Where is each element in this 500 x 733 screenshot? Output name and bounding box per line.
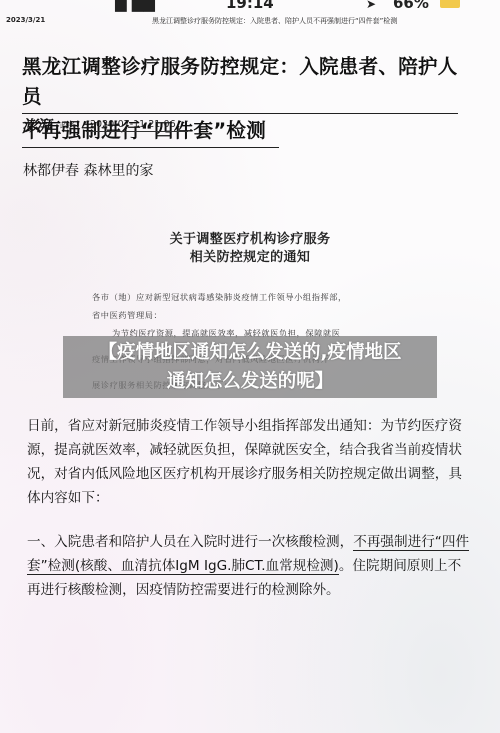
paragraph-2-prefix: 一、入院患者和陪护人员在入院时进行一次核酸检测，: [27, 534, 353, 550]
caption-overlay-text: 【疫情地区通知怎么发送的,疫情地区 通知怎么发送的呢】: [63, 338, 437, 396]
battery-charging-icon: [440, 0, 460, 8]
status-time: 19:14: [226, 0, 274, 12]
print-page-title: 黑龙江调整诊疗服务防控规定：入院患者、陪护人员不再强制进行“四件套”检测: [152, 16, 397, 26]
print-header: 2023/3/21 黑龙江调整诊疗服务防控规定：入院患者、陪护人员不再强制进行“…: [0, 14, 500, 28]
source-logo: 澎湃: [22, 115, 50, 136]
scanned-notice-line: 省中医药管理局：: [92, 310, 162, 321]
headline-line-1: 黑龙江调整诊疗服务防控规定：入院患者、陪护人员: [22, 52, 458, 114]
caption-line-2: 通知怎么发送的呢】: [63, 367, 437, 396]
status-bar: ▇ ▇▇ 19:14 ➤ 66%: [0, 0, 500, 12]
caption-line-1: 【疫情地区通知怎么发送的,疫情地区: [63, 338, 437, 367]
battery-percent: 66%: [393, 0, 429, 12]
category-label: 政务：: [60, 120, 84, 131]
notice-title-line-2: 相关防控规定的通知: [0, 246, 500, 265]
body-paragraph-2: 一、入院患者和陪护人员在入院时进行一次核酸检测，不再强制进行“四件套”检测(核酸…: [27, 530, 472, 602]
body-paragraph-1: 日前，省应对新冠肺炎疫情工作领导小组指挥部发出通知：为节约医疗资源，提高就医效率…: [27, 414, 472, 510]
author-name: 林都伊春 森林里的家: [23, 160, 153, 180]
print-date: 2023/3/21: [6, 16, 45, 24]
notice-title-line-1: 关于调整医疗机构诊疗服务: [0, 228, 500, 247]
location-arrow-icon: ➤: [366, 0, 376, 11]
byline: 澎湃 政务： 2020-07-11 21:06: [22, 116, 188, 134]
publish-time: 2020-07-11 21:06: [86, 119, 188, 132]
signal-icon: ▇ ▇▇: [115, 0, 155, 12]
scanned-notice-line: 各市（地）应对新型冠状病毒感染肺炎疫情工作领导小组指挥部，: [92, 292, 347, 303]
